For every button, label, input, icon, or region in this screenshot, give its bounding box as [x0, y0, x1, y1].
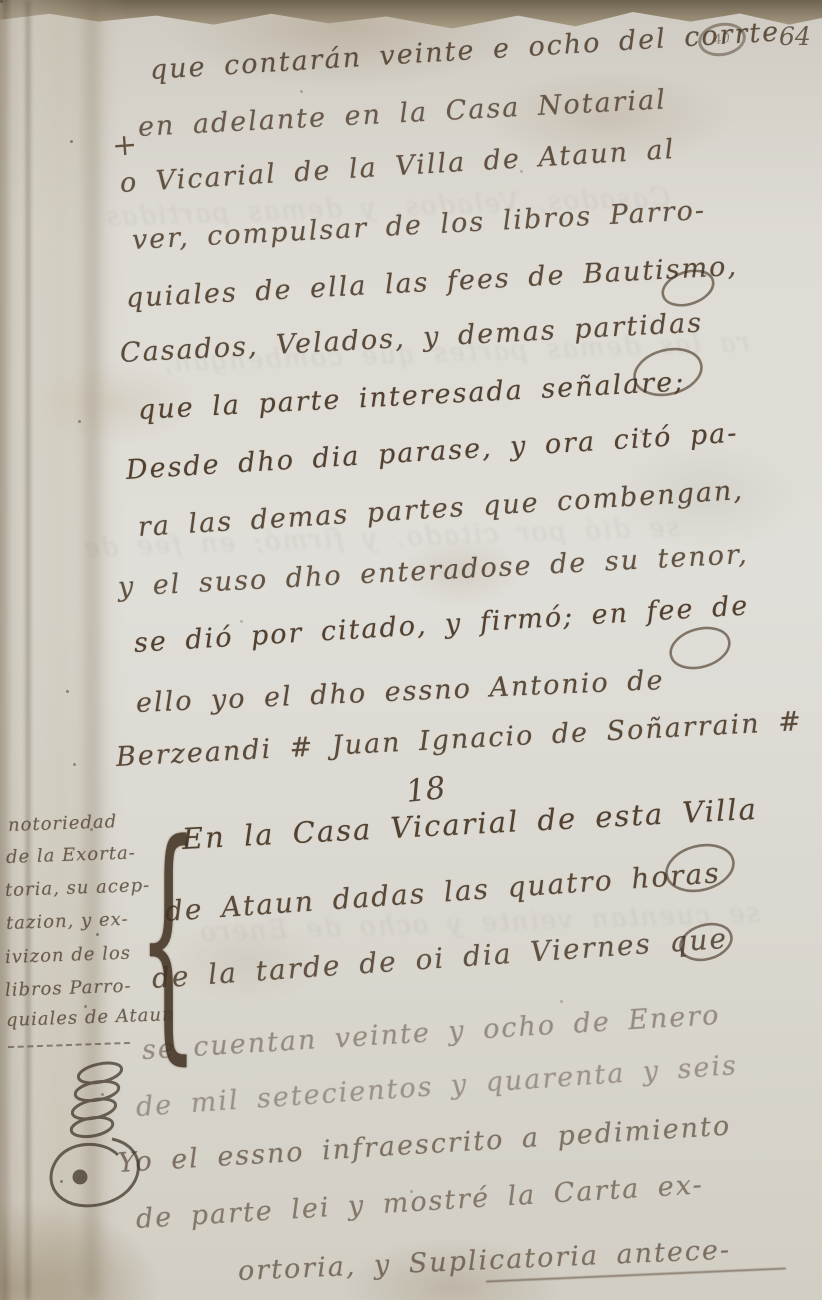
wormhole-specks	[0, 0, 3, 3]
interline-number-mark: 18	[404, 770, 447, 810]
binding-crease-soft	[84, 0, 100, 1300]
manuscript-line: se cuentan veinte y ocho de Enero	[141, 1000, 721, 1066]
manuscript-line: Yo el essno infraescrito a pedimiento	[117, 1111, 732, 1179]
manuscript-line: en adelante en la Casa Notarial	[137, 84, 667, 143]
manuscript-line: Berzeandi # Juan Ignacio de Soñarrain #	[115, 706, 803, 773]
margin-note-line: ivizon de los	[5, 943, 132, 968]
binding-crease-line	[26, 0, 30, 1300]
margin-note-line: libros Parro-	[5, 976, 132, 1001]
margin-note-line: tazion, y ex-	[6, 909, 129, 934]
manuscript-line: ello yo el dho essno Antonio de	[135, 665, 665, 719]
manuscript-page: Casados, Velados, y demas partidas ra la…	[0, 0, 822, 1300]
manuscript-line: se dió por citado, y firmó; en fee de	[133, 590, 750, 659]
margin-note-line: notoriedad	[8, 811, 118, 836]
folio-number: 64	[779, 22, 811, 51]
manuscript-line: de parte lei y mostré la Carta ex-	[135, 1169, 704, 1235]
marginal-cross-mark: +	[111, 127, 139, 164]
binding-crease-shadow	[0, 0, 125, 1300]
manuscript-line: En la Casa Vicarial de esta Villa	[181, 792, 759, 856]
manuscript-line: ortoria, y Suplicatoria antece-	[237, 1234, 731, 1286]
margin-note-line: toria, su acep-	[5, 875, 151, 901]
manuscript-line: Desde dho dia parase, y ora citó pa-	[125, 418, 739, 486]
manuscript-line: que contarán veinte e ocho del corrte	[149, 16, 781, 85]
manuscript-line: quiales de ella las fees de Bautismo,	[125, 251, 739, 314]
